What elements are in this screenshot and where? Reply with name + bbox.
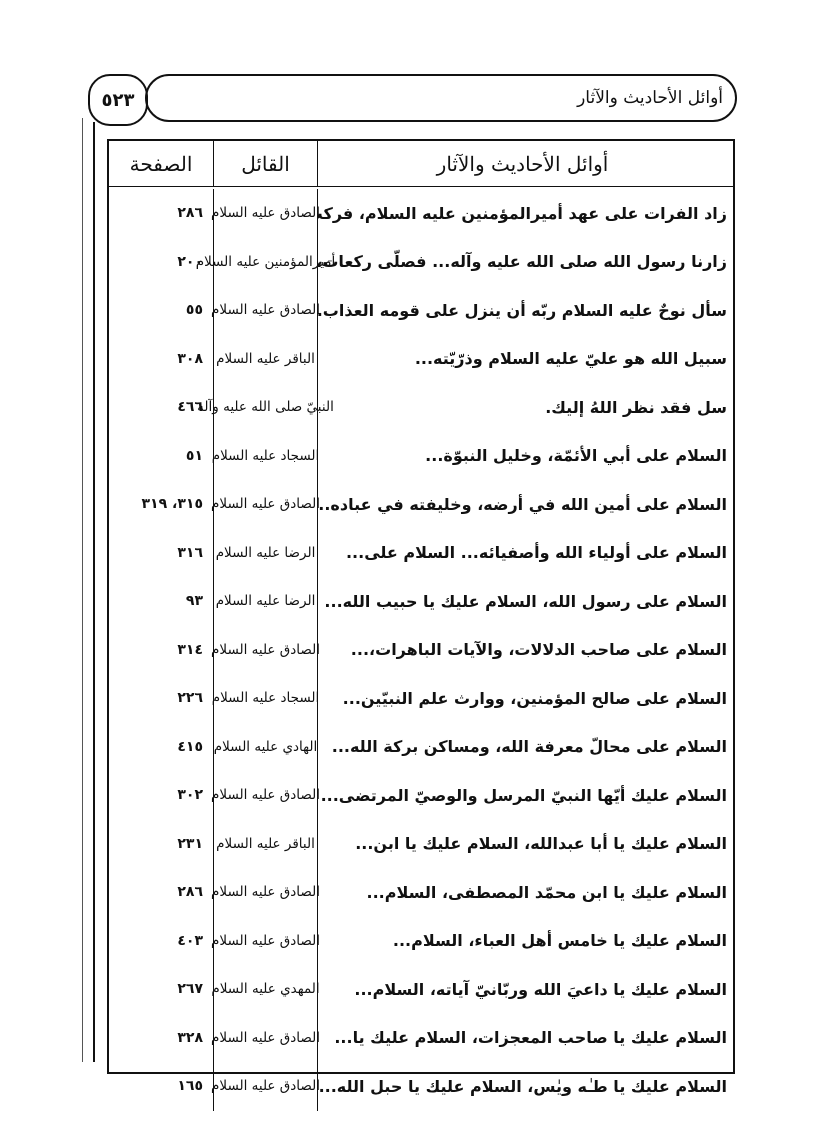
- margin-rule-outer: [82, 118, 83, 1062]
- row-text: السلام على أولياء الله وأصفيائه... السلا…: [318, 529, 733, 578]
- row-page: ٣٠٨: [109, 335, 213, 384]
- column-header-speaker: القائل: [213, 141, 318, 186]
- row-text: سبيل الله هو عليّ عليه السلام وذرّيّته..…: [318, 335, 733, 384]
- row-speaker: الصادق عليه السلام: [213, 286, 318, 335]
- row-page: ٢٨٦: [109, 189, 213, 238]
- row-text: السلام عليك يا صاحب المعجزات، السلام علي…: [318, 1014, 733, 1063]
- table-row: السلام على صالح المؤمنين، ووارث علم النب…: [109, 674, 733, 723]
- table-row: السلام على أبي الأئمّة، وخليل النبوّة...…: [109, 432, 733, 481]
- row-page: ٤١٥: [109, 723, 213, 772]
- row-text: السلام على أبي الأئمّة، وخليل النبوّة...: [318, 432, 733, 481]
- table-row: السلام عليك يا خامس أهل العباء، السلام..…: [109, 917, 733, 966]
- table-row: السلام عليك يا طـٰه ويٰس، السلام عليك يا…: [109, 1062, 733, 1111]
- table-row: سبيل الله هو عليّ عليه السلام وذرّيّته..…: [109, 335, 733, 384]
- table-row: السلام عليك أيّها النبيّ المرسل والوصيّ …: [109, 771, 733, 820]
- row-page: ٢٨٦: [109, 868, 213, 917]
- running-title: أوائل الأحاديث والآثار: [577, 88, 723, 108]
- row-text: سل فقد نظر اللهُ إليك.: [318, 383, 733, 432]
- row-text: السلام على أمين الله في أرضه، وخليفته في…: [318, 480, 733, 529]
- row-speaker: السجاد عليه السلام: [213, 674, 318, 723]
- row-page: ١٦٥: [109, 1062, 213, 1111]
- row-page: ٥١: [109, 432, 213, 481]
- column-header-text: أوائل الأحاديث والآثار: [318, 141, 733, 186]
- row-page: ٣٢٨: [109, 1014, 213, 1063]
- row-speaker: الصادق عليه السلام: [213, 868, 318, 917]
- margin-rule-inner: [93, 122, 95, 1062]
- row-page: ٣٠٢: [109, 771, 213, 820]
- table-row: السلام على رسول الله، السلام عليك يا حبي…: [109, 577, 733, 626]
- row-page: ٣١٤: [109, 626, 213, 675]
- table-row: السلام على أمين الله في أرضه، وخليفته في…: [109, 480, 733, 529]
- table-row: السلام عليك يا صاحب المعجزات، السلام علي…: [109, 1014, 733, 1063]
- table-row: السلام على أولياء الله وأصفيائه... السلا…: [109, 529, 733, 578]
- row-speaker: أميرالمؤمنين عليه السلام: [213, 238, 318, 287]
- row-speaker: النبيّ صلى الله عليه وآله: [213, 383, 318, 432]
- table-row: سأل نوحٌ عليه السلام ربّه أن ينزل على قو…: [109, 286, 733, 335]
- row-speaker: الصادق عليه السلام: [213, 1014, 318, 1063]
- table-row: السلام عليك يا أبا عبدالله، السلام عليك …: [109, 820, 733, 869]
- row-page: ٢٣١: [109, 820, 213, 869]
- row-page: ٥٥: [109, 286, 213, 335]
- table-row: السلام على صاحب الدلالات، والآيات الباهر…: [109, 626, 733, 675]
- row-page: ٩٣: [109, 577, 213, 626]
- row-speaker: السجاد عليه السلام: [213, 432, 318, 481]
- row-text: السلام على محالّ معرفة الله، ومساكن بركة…: [318, 723, 733, 772]
- row-page: ٢٦٧: [109, 965, 213, 1014]
- row-text: زارنا رسول الله صلى الله عليه وآله... فص…: [318, 238, 733, 287]
- row-text: السلام على صالح المؤمنين، ووارث علم النب…: [318, 674, 733, 723]
- row-text: سأل نوحٌ عليه السلام ربّه أن ينزل على قو…: [318, 286, 733, 335]
- row-text: زاد الفرات على عهد أميرالمؤمنين عليه الس…: [318, 189, 733, 238]
- row-speaker: الصادق عليه السلام: [213, 626, 318, 675]
- running-header: أوائل الأحاديث والآثار: [145, 74, 737, 122]
- row-speaker: الصادق عليه السلام: [213, 189, 318, 238]
- row-speaker: الهادي عليه السلام: [213, 723, 318, 772]
- row-text: السلام عليك يا داعيَ الله وربّانيّ آياته…: [318, 965, 733, 1014]
- row-speaker: الرضا عليه السلام: [213, 577, 318, 626]
- row-speaker: الصادق عليه السلام: [213, 917, 318, 966]
- table-row: السلام على محالّ معرفة الله، ومساكن بركة…: [109, 723, 733, 772]
- page-number-badge: ٥٢٣: [88, 74, 148, 126]
- row-speaker: الصادق عليه السلام: [213, 1062, 318, 1111]
- row-text: السلام عليك يا ابن محمّد المصطفى، السلام…: [318, 868, 733, 917]
- row-speaker: الرضا عليه السلام: [213, 529, 318, 578]
- row-speaker: المهدي عليه السلام: [213, 965, 318, 1014]
- row-speaker: الصادق عليه السلام: [213, 480, 318, 529]
- row-text: السلام عليك أيّها النبيّ المرسل والوصيّ …: [318, 771, 733, 820]
- row-speaker: الباقر عليه السلام: [213, 335, 318, 384]
- row-page: ٢٢٦: [109, 674, 213, 723]
- row-page: ٤٠٣: [109, 917, 213, 966]
- table-header-row: أوائل الأحاديث والآثار القائل الصفحة: [109, 141, 733, 187]
- row-page: ٣١٦: [109, 529, 213, 578]
- table-row: سل فقد نظر اللهُ إليك.النبيّ صلى الله عل…: [109, 383, 733, 432]
- row-page: ٣١٥، ٣١٩: [109, 480, 213, 529]
- row-text: السلام عليك يا خامس أهل العباء، السلام..…: [318, 917, 733, 966]
- table-body: زاد الفرات على عهد أميرالمؤمنين عليه الس…: [109, 189, 733, 1111]
- table-row: السلام عليك يا داعيَ الله وربّانيّ آياته…: [109, 965, 733, 1014]
- index-table: أوائل الأحاديث والآثار القائل الصفحة زاد…: [107, 139, 735, 1074]
- row-text: السلام عليك يا طـٰه ويٰس، السلام عليك يا…: [318, 1062, 733, 1111]
- table-row: زارنا رسول الله صلى الله عليه وآله... فص…: [109, 238, 733, 287]
- row-text: السلام على صاحب الدلالات، والآيات الباهر…: [318, 626, 733, 675]
- page-number: ٥٢٣: [102, 90, 135, 111]
- row-text: السلام عليك يا أبا عبدالله، السلام عليك …: [318, 820, 733, 869]
- table-row: السلام عليك يا ابن محمّد المصطفى، السلام…: [109, 868, 733, 917]
- row-speaker: الباقر عليه السلام: [213, 820, 318, 869]
- table-row: زاد الفرات على عهد أميرالمؤمنين عليه الس…: [109, 189, 733, 238]
- column-header-page: الصفحة: [109, 141, 213, 186]
- row-text: السلام على رسول الله، السلام عليك يا حبي…: [318, 577, 733, 626]
- row-speaker: الصادق عليه السلام: [213, 771, 318, 820]
